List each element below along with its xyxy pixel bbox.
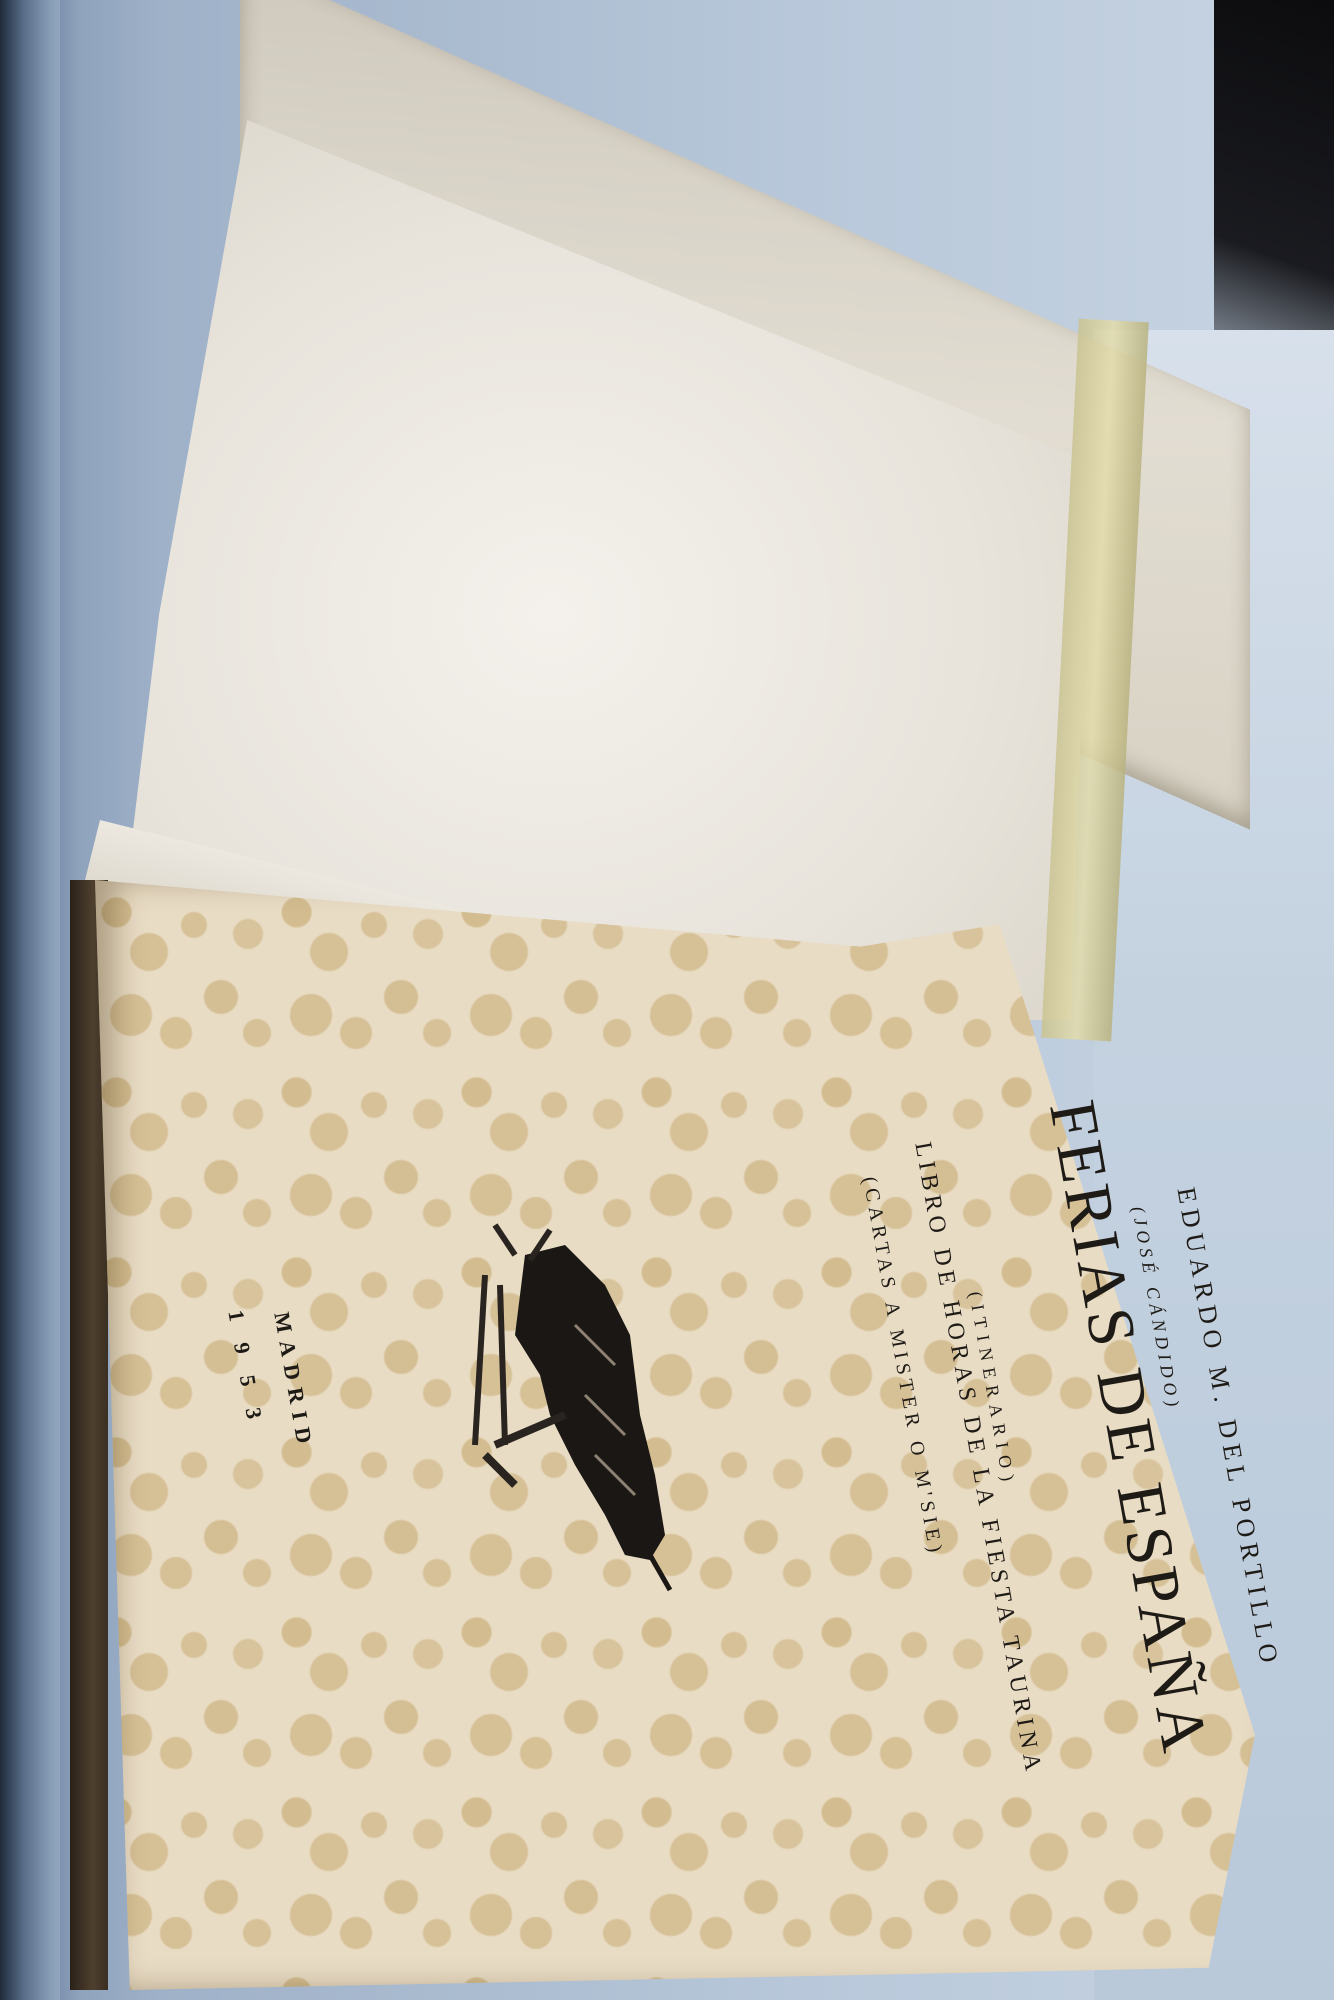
bull-icon [455,1215,695,1605]
photo-scene: EDUARDO M. DEL PORTILLO (JOSÉ CÁNDIDO) F… [0,0,1334,2000]
table-edge [0,0,60,2000]
